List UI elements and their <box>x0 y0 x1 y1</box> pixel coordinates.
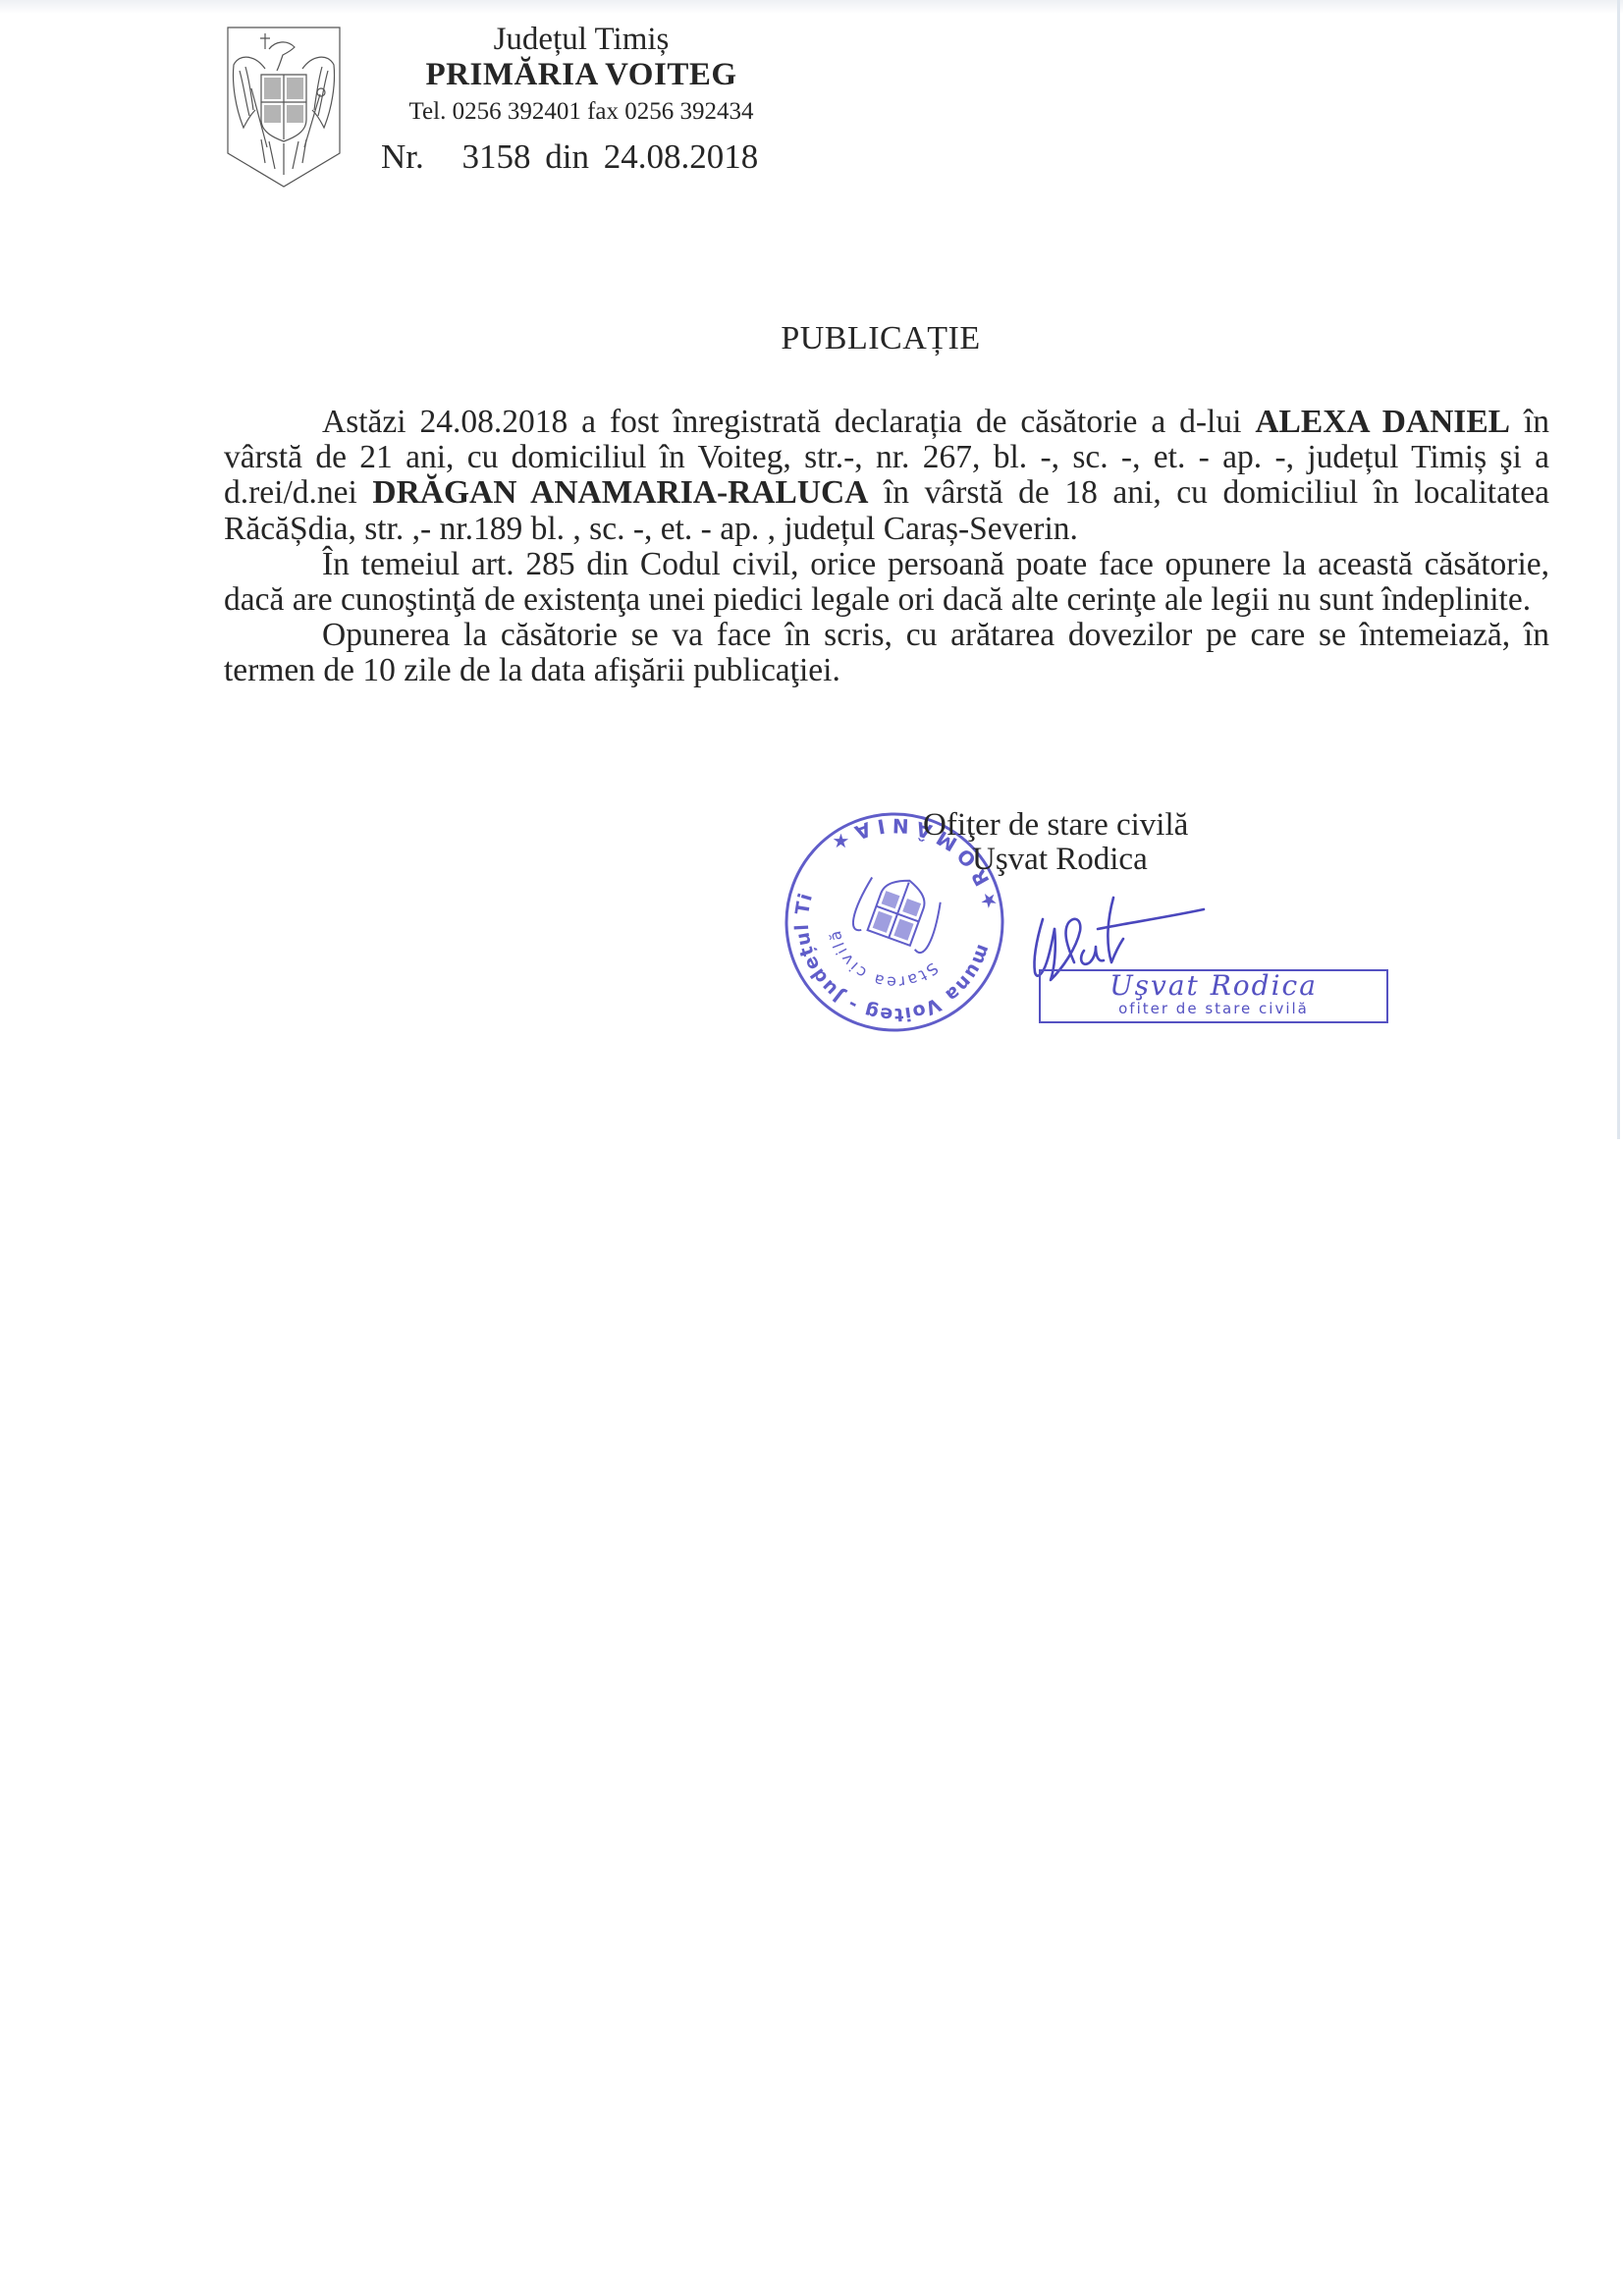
county-name: Județul Timiș <box>385 22 778 58</box>
contact-info: Tel. 0256 392401 fax 0256 392434 <box>365 98 797 126</box>
signatory-name: Uşvat Rodica <box>972 842 1148 878</box>
body-paragraph: Opunerea la căsătorie se va face în scri… <box>224 618 1549 688</box>
registration-date: 24.08.2018 <box>604 137 759 176</box>
document-title: PUBLICAȚIE <box>684 320 1077 357</box>
body-paragraph: Astăzi 24.08.2018 a fost înregistrată de… <box>224 405 1549 547</box>
romania-coat-of-arms-icon <box>226 26 342 189</box>
body-paragraph: În temeiul art. 285 din Codul civil, ori… <box>224 547 1549 618</box>
signatory-role: Ofiţer de stare civilă <box>923 807 1188 844</box>
paragraph-text: Opunerea la căsătorie se va face în scri… <box>224 617 1549 688</box>
office-name: PRIMĂRIA VOITEG <box>365 57 797 93</box>
document-body: Astăzi 24.08.2018 a fost înregistrată de… <box>224 405 1549 689</box>
registration-number: Nr. 3158 din 24.08.2018 <box>381 137 758 177</box>
name-stamp-role: ofiter de stare civilă <box>1041 1001 1386 1017</box>
scan-artifact-edge <box>1617 0 1620 1139</box>
party-name: DRĂGAN ANAMARIA-RALUCA <box>372 474 868 511</box>
name-stamp-name: Uşvat Rodica <box>1041 971 1386 1001</box>
registration-value: 3158 <box>462 137 531 176</box>
document-page: Județul Timiș PRIMĂRIA VOITEG Tel. 0256 … <box>0 0 1623 2296</box>
name-stamp: Uşvat Rodica ofiter de stare civilă <box>1039 969 1388 1023</box>
paragraph-text: În temeiul art. 285 din Codul civil, ori… <box>224 546 1549 618</box>
registration-connector: din <box>545 137 589 176</box>
party-name: ALEXA DANIEL <box>1255 404 1510 440</box>
scan-artifact-top <box>0 0 1623 14</box>
registration-prefix: Nr. <box>381 137 424 176</box>
paragraph-text: Astăzi 24.08.2018 a fost înregistrată de… <box>322 404 1255 440</box>
